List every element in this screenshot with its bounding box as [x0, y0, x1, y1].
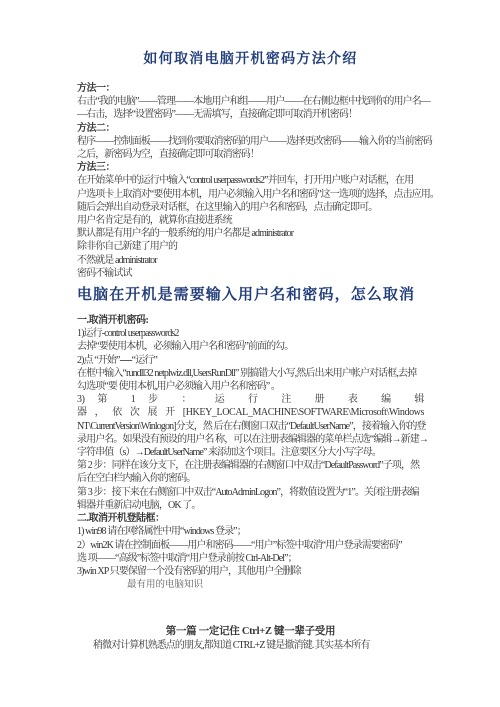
text-line: 稍微对计算机熟悉点的朋友,都知道 CTRL+Z 键是撤消键. 其实基本所有 — [77, 639, 424, 652]
text-line: 3) 第 1 步 ： 运 行 注 册 表 编 辑 — [77, 393, 424, 406]
text-line: 勾选项“要 使用本机,用户必须输入用户名和密码” 。 — [77, 380, 424, 393]
text-line: 2)点 “开始”-----“运行” — [77, 354, 424, 367]
text-line: 辑器并重新启动电脑，OK 了。 — [77, 499, 424, 512]
text-line: 在框中输入“rundll32 netplwiz.dll,UsersRunDll”… — [77, 367, 424, 380]
text-line: NT\CurrentVersion\Winlogon]分支，然 后在右侧窗口双击… — [77, 420, 424, 433]
document-body: 方法一：右击“我的电脑”——管理——本地用户和组——用户——在右侧边框中找到你的… — [77, 82, 424, 652]
text-line: 用户名肯定是有的，就算你直接进系统 — [77, 214, 424, 227]
text-line: 右击“我的电脑”——管理——本地用户和组——用户——在右侧边框中找到你的用户名— — [77, 95, 424, 108]
text-line: 之后，新密码为空，直接确定即可取消密码！ — [77, 148, 424, 161]
method-2-label: 方法二： — [77, 122, 424, 135]
text-line: 密码不输试试 — [77, 267, 424, 280]
text-line: 随后会弹出自动登录对话框，在这里输入的用户名和密码，点击确定即可。 — [77, 201, 424, 214]
section-2-label: 二.取消开机登陆框： — [77, 512, 424, 525]
text-line: 程序——控制面板——找到你要取消密码的用户——选择更改密码——输入你的当前密码 — [77, 135, 424, 148]
page-title: 如何取消电脑开机密码方法介绍 — [77, 48, 424, 72]
section-heading: 电脑在开机是需要输入用户名和密码，怎么取消 — [77, 282, 424, 308]
document-page: 如何取消电脑开机密码方法介绍 方法一：右击“我的电脑”——管理——本地用户和组—… — [0, 0, 500, 707]
text-line: —右击，选择“设置密码”——无需填写，直接确定即可取消开机密码！ — [77, 108, 424, 121]
text-line: 器 ， 依 次 展 开 [HKEY_LOCAL_MACHINE\SOFTWARE… — [77, 406, 424, 419]
text-line: 字符串值（s）→DefaultUserName” 来添加这个项目。注意要区分大小… — [77, 446, 424, 459]
text-line: 去掉“要使用本机，必须输入用户名和密码”前面的勾。 — [77, 340, 424, 353]
text-line: 第 3 步：接下来在右侧窗口中双击“AutoAdminLogon”，将数值设置为… — [77, 486, 424, 499]
text-line: 1) win98 请在网络属性中用“windows 登录”； — [77, 525, 424, 538]
text-line: 除非你自己新建了用户的 — [77, 240, 424, 253]
section-1-label: 一.取消开机密码: — [77, 314, 424, 327]
text-line: 3)win XP 只要保留一个没有密码的用户，其他用户全删除 — [77, 565, 424, 578]
text-line: 户选项卡上取消对“要使用本机，用户必须输入用户名和密码”这一选项的选择，点击应用… — [77, 188, 424, 201]
text-line: 录用户名。如果没有预设的用户名 称，可以在注册表编辑器的菜单栏点选“编辑→新建→ — [77, 433, 424, 446]
method-1-label: 方法一： — [77, 82, 424, 95]
text-line: 默认都是有用户名的一般系统的用户名都是 administrator — [77, 227, 424, 240]
text-line: 在开始菜单中的运行中输入“control userpasswords2”并回车，… — [77, 174, 424, 187]
text-line: 不然就是 administrator — [77, 254, 424, 267]
text-line: 选 项——“高级”标签中取消“用户登录前按 Ctrl-Alt-Del”； — [77, 552, 424, 565]
document-content: 如何取消电脑开机密码方法介绍 方法一：右击“我的电脑”——管理——本地用户和组—… — [0, 0, 500, 652]
text-line: 第 2 步：同样在该分支下，在注册表编辑器的右侧窗口中双击“DefaultPas… — [77, 459, 424, 472]
text-line: 2）win2K 请在控制面板——用户和密码——“用户”标签中取消“用户登录需要密… — [77, 539, 424, 552]
text-line: 后在空白栏内输入你的密码。 — [77, 472, 424, 485]
method-3-label: 方法三： — [77, 161, 424, 174]
footer-note: 最有用的电脑知识 — [77, 578, 424, 591]
next-article-title: 第一篇 一定记住 Ctrl+Z 键一辈子受用 — [77, 625, 424, 638]
text-line: 1)运行-control userpasswords2 — [77, 327, 424, 340]
